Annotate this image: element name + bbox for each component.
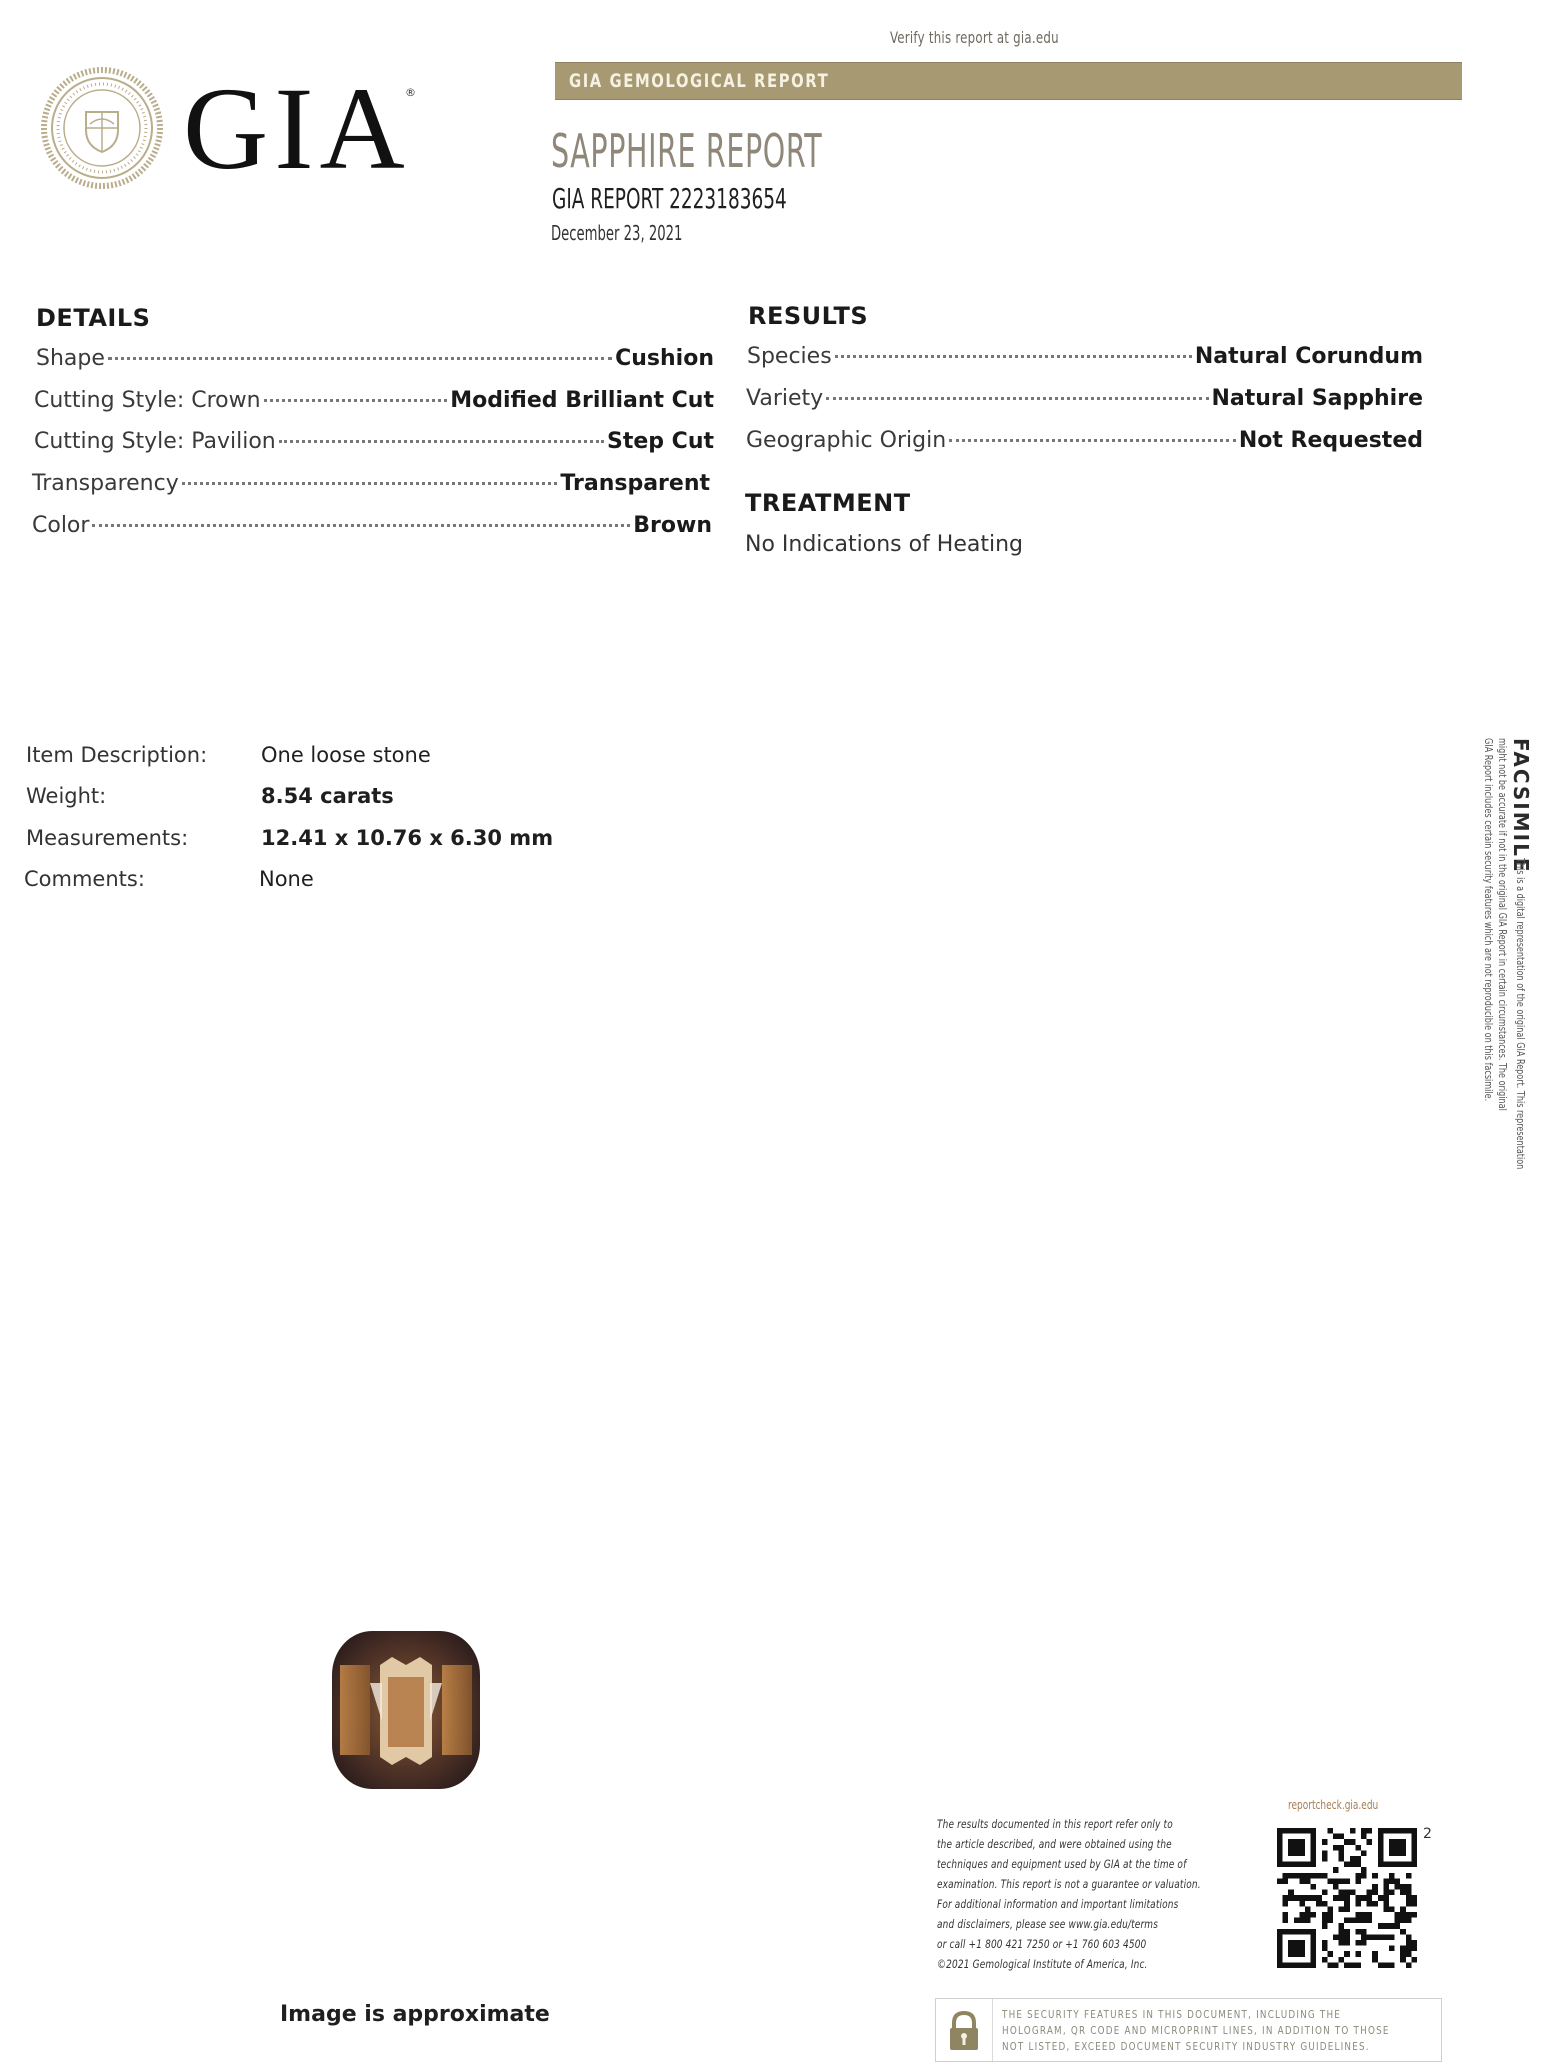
leader-dots — [92, 524, 630, 527]
results-row-species: SpeciesNatural Corundum — [747, 344, 1423, 369]
details-heading: DETAILS — [36, 304, 150, 332]
row-label: Transparency — [32, 471, 179, 496]
details-row-pavilion: Cutting Style: PavilionStep Cut — [34, 429, 714, 454]
item-value: None — [259, 867, 314, 891]
leader-dots — [264, 399, 448, 402]
registered-mark: ® — [405, 86, 416, 99]
leader-dots — [108, 357, 612, 360]
gemstone-image — [330, 1625, 482, 1795]
report-number: GIA REPORT 2223183654 — [552, 182, 787, 215]
item-label: Item Description: — [26, 743, 207, 767]
verify-link[interactable]: Verify this report at gia.edu — [890, 28, 1059, 47]
facsimile-title: FACSIMILE — [1509, 738, 1533, 874]
item-label: Weight: — [26, 784, 106, 808]
facsimile-line: GIA Report includes certain security fea… — [1481, 738, 1495, 1323]
leader-dots — [279, 440, 604, 443]
row-value: Modified Brilliant Cut — [450, 388, 714, 413]
row-label: Shape — [36, 346, 105, 371]
facsimile-note: FACSIMILE This is a digital representati… — [1463, 738, 1533, 1338]
facsimile-line: might not be accurate if not in the orig… — [1495, 738, 1509, 1323]
details-row-color: ColorBrown — [32, 513, 712, 538]
qr-code-icon[interactable] — [1277, 1828, 1417, 1968]
disclaimer-line: examination. This report is not a guaran… — [937, 1874, 1194, 1894]
gia-seal-logo-icon — [40, 66, 164, 190]
security-line: THE SECURITY FEATURES IN THIS DOCUMENT, … — [1002, 2007, 1434, 2023]
page-number: 2 — [1423, 1826, 1432, 1842]
leader-dots — [182, 482, 558, 485]
disclaimer-line: techniques and equipment used by GIA at … — [937, 1854, 1194, 1874]
security-icon-cell — [936, 1999, 993, 2061]
row-value: Transparent — [560, 471, 710, 496]
row-value: Brown — [633, 513, 712, 538]
row-label: Cutting Style: Pavilion — [34, 429, 276, 454]
results-row-variety: VarietyNatural Sapphire — [746, 386, 1423, 411]
legal-disclaimer: The results documented in this report re… — [937, 1814, 1267, 1974]
treatment-heading: TREATMENT — [745, 489, 911, 517]
report-date: December 23, 2021 — [551, 221, 682, 245]
leader-dots — [835, 355, 1192, 358]
row-value: Natural Sapphire — [1212, 386, 1424, 411]
security-line: HOLOGRAM, QR CODE AND MICROPRINT LINES, … — [1002, 2023, 1434, 2039]
disclaimer-line: or call +1 800 421 7250 or +1 760 603 45… — [937, 1934, 1194, 1954]
item-value: 12.41 x 10.76 x 6.30 mm — [261, 826, 553, 850]
security-line: NOT LISTED, EXCEED DOCUMENT SECURITY IND… — [1002, 2039, 1434, 2055]
security-text: THE SECURITY FEATURES IN THIS DOCUMENT, … — [1002, 2007, 1434, 2055]
treatment-text: No Indications of Heating — [745, 532, 1023, 557]
details-row-shape: ShapeCushion — [36, 346, 714, 371]
facsimile-line: This is a digital representation of the … — [1513, 858, 1527, 1443]
row-label: Variety — [746, 386, 823, 411]
row-value: Step Cut — [607, 429, 714, 454]
report-check-link[interactable]: reportcheck.gia.edu — [1288, 1798, 1378, 1812]
band-label: GIA GEMOLOGICAL REPORT — [569, 70, 829, 92]
report-type-band: GIA GEMOLOGICAL REPORT — [555, 62, 1462, 100]
details-row-crown: Cutting Style: CrownModified Brilliant C… — [34, 388, 714, 413]
disclaimer-line: For additional information and important… — [937, 1894, 1194, 1914]
row-label: Cutting Style: Crown — [34, 388, 261, 413]
disclaimer-line: and disclaimers, please see www.gia.edu/… — [937, 1914, 1194, 1934]
details-row-transparency: TransparencyTransparent — [32, 471, 710, 496]
disclaimer-line: The results documented in this report re… — [937, 1814, 1194, 1834]
row-value: Cushion — [615, 346, 714, 371]
row-label: Species — [747, 344, 832, 369]
row-label: Geographic Origin — [746, 428, 946, 453]
disclaimer-line: the article described, and were obtained… — [937, 1834, 1194, 1854]
row-label: Color — [32, 513, 89, 538]
row-value: Natural Corundum — [1195, 344, 1423, 369]
security-notice: THE SECURITY FEATURES IN THIS DOCUMENT, … — [935, 1998, 1442, 2062]
report-title: SAPPHIRE REPORT — [551, 124, 822, 178]
results-heading: RESULTS — [748, 302, 868, 330]
lock-icon — [936, 1999, 992, 2061]
results-row-origin: Geographic OriginNot Requested — [746, 428, 1423, 453]
leader-dots — [826, 397, 1208, 400]
leader-dots — [949, 439, 1236, 442]
item-label: Measurements: — [26, 826, 188, 850]
item-value: One loose stone — [261, 743, 431, 767]
item-value: 8.54 carats — [261, 784, 394, 808]
row-value: Not Requested — [1239, 428, 1423, 453]
item-label: Comments: — [24, 867, 145, 891]
gia-logo: GIA — [183, 70, 411, 188]
disclaimer-line: ©2021 Gemological Institute of America, … — [937, 1954, 1194, 1974]
image-caption: Image is approximate — [280, 2002, 550, 2027]
